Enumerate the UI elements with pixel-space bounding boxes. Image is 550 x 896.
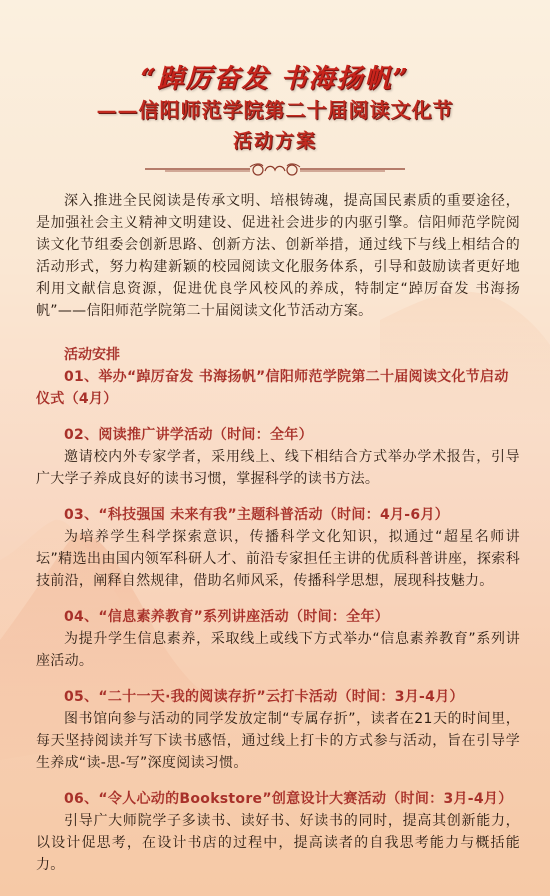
slogan-title: “踔厉奋发 书海扬帆” — [0, 58, 550, 95]
activity-item-02: 02、阅读推广讲学活动（时间：全年） 邀请校内外专家学者，采用线上、线下相结合方… — [36, 424, 520, 490]
activity-heading: 02、阅读推广讲学活动（时间：全年） — [36, 424, 520, 446]
activity-item-06: 06、“令人心动的Bookstore”创意设计大赛活动（时间：3月-4月） 引导… — [36, 788, 520, 876]
activity-item-04: 04、“信息素养教育”系列讲座活动（时间：全年） 为提升学生信息素养，采取线上或… — [36, 606, 520, 672]
activity-description: 为培养学生科学探索意识，传播科学文化知识，拟通过“超星名师讲坛”精选出由国内领军… — [36, 526, 520, 592]
activity-item-05: 05、“二十一天·我的阅读存折”云打卡活动（时间：3月-4月） 图书馆向参与活动… — [36, 686, 520, 774]
activity-description: 邀请校内外专家学者，采用线上、线下相结合方式举办学术报告，引导广大学子养成良好的… — [36, 446, 520, 490]
activity-heading: 04、“信息素养教育”系列讲座活动（时间：全年） — [36, 606, 520, 628]
doc-type-title: 活动方案 — [0, 126, 550, 153]
activity-heading: 03、“科技强国 未来有我”主题科普活动（时间：4月-6月） — [36, 504, 520, 526]
document-body: 深入推进全民阅读是传承文明、培根铸魂，提高国民素质的重要途径，是加强社会主义精神… — [36, 190, 520, 876]
activity-item-03: 03、“科技强国 未来有我”主题科普活动（时间：4月-6月） 为培养学生科学探索… — [36, 504, 520, 592]
activity-heading: 05、“二十一天·我的阅读存折”云打卡活动（时间：3月-4月） — [36, 686, 520, 708]
activity-description: 引导广大师院学子多读书、读好书、好读书的同时，提高其创新能力，以设计促思考，在设… — [36, 810, 520, 876]
document-page: “踔厉奋发 书海扬帆” ——信阳师范学院第二十届阅读文化节 活动方案 深入推进全… — [0, 0, 550, 896]
activity-description: 为提升学生信息素养，采取线上或线下方式举办“信息素养教育”系列讲座活动。 — [36, 628, 520, 672]
activity-heading: 06、“令人心动的Bookstore”创意设计大赛活动（时间：3月-4月） — [36, 788, 520, 810]
activity-heading: 01、举办“踔厉奋发 书海扬帆”信阳师范学院第二十届阅读文化节启动仪式（4月） — [36, 366, 520, 410]
activity-item-01: 01、举办“踔厉奋发 书海扬帆”信阳师范学院第二十届阅读文化节启动仪式（4月） — [36, 366, 520, 410]
event-subtitle: ——信阳师范学院第二十届阅读文化节 — [0, 94, 550, 123]
schedule-heading: 活动安排 — [36, 344, 520, 366]
activity-description: 图书馆向参与活动的同学发放定制“专属存折”，读者在21天的时间里，每天坚持阅读并… — [36, 708, 520, 774]
intro-paragraph: 深入推进全民阅读是传承文明、培根铸魂，提高国民素质的重要途径，是加强社会主义精神… — [36, 190, 520, 322]
ornament-divider-icon — [145, 162, 405, 176]
